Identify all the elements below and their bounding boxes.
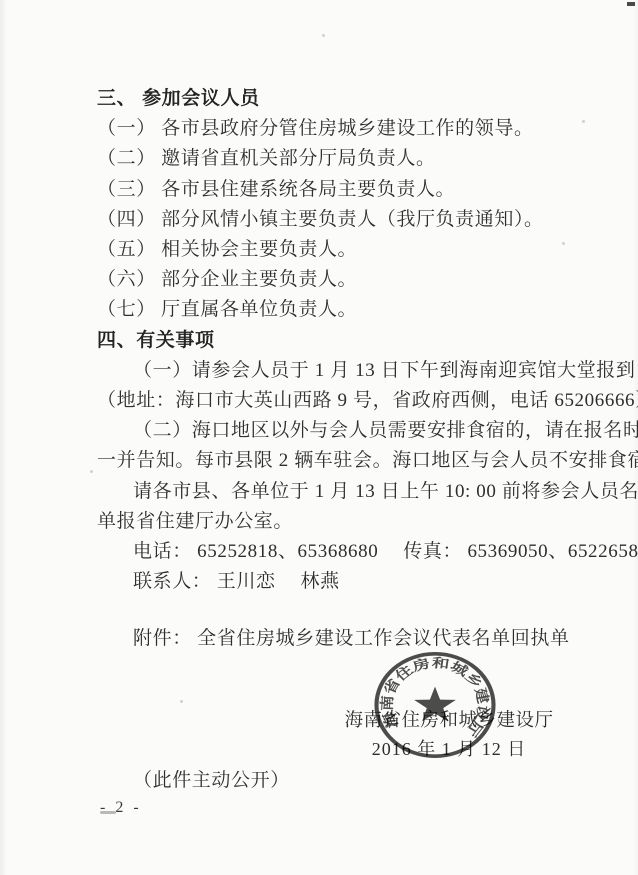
- section4-line: （地址：海口市大英山西路 9 号，省政府西侧，电话 65206666）。: [97, 386, 578, 416]
- section4-line: （二）海口地区以外与会人员需要安排食宿的，请在报名时: [97, 416, 578, 446]
- section3-item: （一） 各市县政府分管住房城乡建设工作的领导。: [97, 114, 578, 144]
- public-disclosure-note: （此件主动公开）: [97, 766, 578, 796]
- contact-person-line: 联系人： 王川恋 林燕: [97, 567, 578, 597]
- section3-item: （六） 部分企业主要负责人。: [97, 265, 578, 295]
- contact-phone-fax-line: 电话： 65252818、65368680 传真： 65369050、65226…: [97, 537, 578, 567]
- scan-artifact: [627, 2, 635, 6]
- section4-line: 一并告知。每市县限 2 辆车驻会。海口地区与会人员不安排食宿。: [97, 446, 578, 476]
- section3-item: （二） 邀请省直机关部分厅局负责人。: [97, 144, 578, 174]
- section3-heading: 三、 参加会议人员: [97, 84, 578, 114]
- seal-star-icon: [414, 687, 456, 722]
- section4-heading: 四、有关事项: [97, 326, 578, 356]
- section3-item: （三） 各市县住建系统各局主要负责人。: [97, 175, 578, 205]
- section3-item: （七） 厅直属各单位负责人。: [97, 295, 578, 325]
- section4-line: （一）请参会人员于 1 月 13 日下午到海南迎宾馆大堂报到: [97, 356, 578, 386]
- section4-line: 请各市县、各单位于 1 月 13 日上午 10: 00 前将参会人员名: [97, 477, 578, 507]
- scan-artifact: [100, 811, 116, 814]
- scan-speck: [90, 470, 93, 473]
- section3-item: （四） 部分风情小镇主要负责人（我厅负责通知）。: [97, 205, 578, 235]
- scan-speck: [180, 700, 183, 703]
- attachment-line: 附件： 全省住房城乡建设工作会议代表名单回执单: [97, 624, 578, 654]
- document-body: 三、 参加会议人员 （一） 各市县政府分管住房城乡建设工作的领导。 （二） 邀请…: [0, 0, 638, 820]
- document-page: 三、 参加会议人员 （一） 各市县政府分管住房城乡建设工作的领导。 （二） 邀请…: [0, 0, 638, 875]
- section3-item: （五） 相关协会主要负责人。: [97, 235, 578, 265]
- page-number: - 2 -: [97, 796, 578, 820]
- scan-speck: [582, 120, 585, 123]
- section4-line: 单报省住建厅办公室。: [97, 507, 578, 537]
- scan-speck: [322, 34, 325, 37]
- scan-speck: [562, 242, 565, 245]
- official-seal: 海南省住房和城乡建设厅: [371, 649, 499, 761]
